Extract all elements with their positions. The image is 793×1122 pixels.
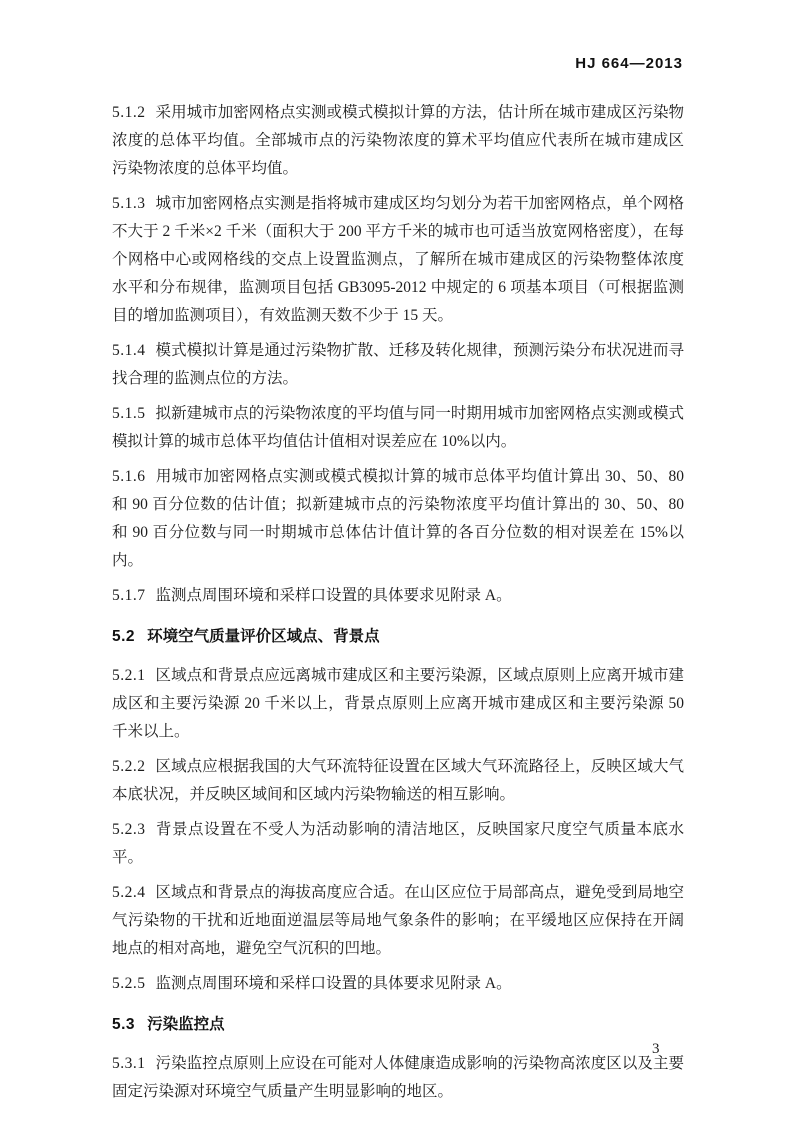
clause-5.1.5: 5.1.5拟新建城市点的污染物浓度的平均值与同一时期用城市加密网格点实测或模式模… (112, 400, 684, 456)
clause-5.1.6: 5.1.6用城市加密网格点实测或模式模拟计算的城市总体平均值计算出 30、50、… (112, 463, 684, 575)
clause-number: 5.2.5 (112, 975, 146, 992)
clause-number: 5.2.3 (112, 821, 146, 838)
clause-5.1.7: 5.1.7监测点周围环境和采样口设置的具体要求见附录 A。 (112, 582, 684, 610)
section-title: 污染监控点 (147, 1016, 225, 1033)
clause-number: 5.2.2 (112, 758, 146, 775)
clause-5.1.2: 5.1.2采用城市加密网格点实测或模式模拟计算的方法，估计所在城市建成区污染物浓… (112, 99, 684, 183)
clause-number: 5.2.4 (112, 884, 146, 901)
document-number-header: HJ 664—2013 (575, 55, 683, 72)
clause-number: 5.1.4 (112, 342, 146, 359)
clause-number: 5.1.2 (112, 104, 146, 121)
clause-number: 5.1.3 (112, 195, 146, 212)
clause-text: 背景点设置在不受人为活动影响的清洁地区，反映国家尺度空气质量本底水平。 (112, 821, 684, 866)
document-page: HJ 664—2013 5.1.2采用城市加密网格点实测或模式模拟计算的方法，估… (0, 0, 793, 1122)
section-number: 5.2 (112, 628, 135, 645)
clause-5.1.4: 5.1.4模式模拟计算是通过污染物扩散、迁移及转化规律，预测污染分布状况进而寻找… (112, 337, 684, 393)
clause-number: 5.3.1 (112, 1055, 146, 1072)
clause-text: 拟新建城市点的污染物浓度的平均值与同一时期用城市加密网格点实测或模式模拟计算的城… (112, 405, 684, 450)
section-number: 5.3 (112, 1016, 135, 1033)
section-heading-5.2: 5.2环境空气质量评价区域点、背景点 (112, 624, 684, 650)
clause-number: 5.1.7 (112, 587, 146, 604)
section-heading-5.3: 5.3污染监控点 (112, 1012, 684, 1038)
clause-5.2.2: 5.2.2区域点应根据我国的大气环流特征设置在区域大气环流路径上，反映区域大气本… (112, 753, 684, 809)
clause-text: 采用城市加密网格点实测或模式模拟计算的方法，估计所在城市建成区污染物浓度的总体平… (112, 104, 684, 177)
clause-5.2.3: 5.2.3背景点设置在不受人为活动影响的清洁地区，反映国家尺度空气质量本底水平。 (112, 816, 684, 872)
clause-text: 区域点和背景点应远离城市建成区和主要污染源，区域点原则上应离开城市建成区和主要污… (112, 667, 684, 740)
clause-text: 区域点和背景点的海拔高度应合适。在山区应位于局部高点，避免受到局地空气污染物的干… (112, 884, 684, 957)
clause-text: 城市加密网格点实测是指将城市建成区均匀划分为若干加密网格点，单个网格不大于 2 … (112, 195, 684, 324)
clause-5.2.4: 5.2.4区域点和背景点的海拔高度应合适。在山区应位于局部高点，避免受到局地空气… (112, 879, 684, 963)
clause-text: 监测点周围环境和采样口设置的具体要求见附录 A。 (156, 975, 512, 992)
clause-5.2.5: 5.2.5监测点周围环境和采样口设置的具体要求见附录 A。 (112, 970, 684, 998)
clause-text: 区域点应根据我国的大气环流特征设置在区域大气环流路径上，反映区域大气本底状况，并… (112, 758, 684, 803)
section-title: 环境空气质量评价区域点、背景点 (147, 628, 380, 645)
clause-text: 模式模拟计算是通过污染物扩散、迁移及转化规律，预测污染分布状况进而寻找合理的监测… (112, 342, 684, 387)
clause-text: 监测点周围环境和采样口设置的具体要求见附录 A。 (156, 587, 512, 604)
document-body: 5.1.2采用城市加密网格点实测或模式模拟计算的方法，估计所在城市建成区污染物浓… (112, 99, 684, 1113)
clause-number: 5.2.1 (112, 667, 146, 684)
page-number: 3 (652, 1041, 660, 1058)
clause-text: 用城市加密网格点实测或模式模拟计算的城市总体平均值计算出 30、50、80 和 … (112, 468, 684, 569)
clause-number: 5.1.6 (112, 468, 146, 485)
clause-number: 5.1.5 (112, 405, 146, 422)
clause-5.3.1: 5.3.1污染监控点原则上应设在可能对人体健康造成影响的污染物高浓度区以及主要固… (112, 1050, 684, 1106)
clause-5.2.1: 5.2.1区域点和背景点应远离城市建成区和主要污染源，区域点原则上应离开城市建成… (112, 662, 684, 746)
clause-5.1.3: 5.1.3城市加密网格点实测是指将城市建成区均匀划分为若干加密网格点，单个网格不… (112, 190, 684, 330)
clause-text: 污染监控点原则上应设在可能对人体健康造成影响的污染物高浓度区以及主要固定污染源对… (112, 1055, 684, 1100)
